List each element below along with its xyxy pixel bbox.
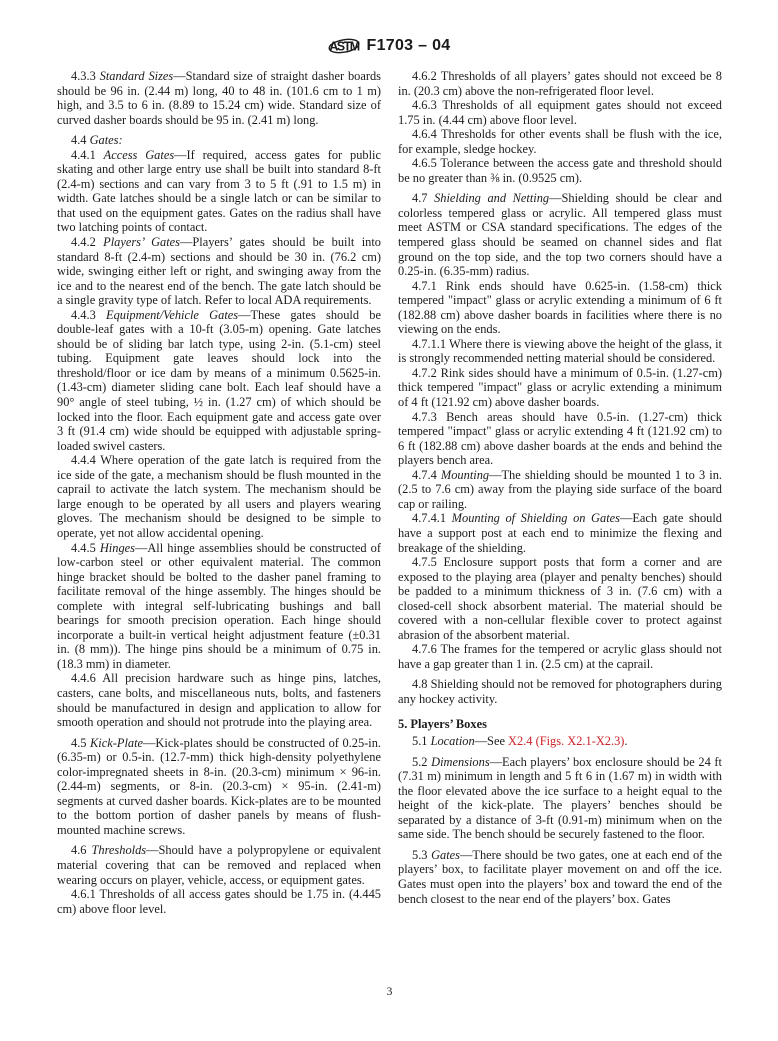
text-segment: —All hinge assemblies should be construc… bbox=[57, 541, 381, 671]
text-segment: 4.7.4 bbox=[412, 468, 441, 482]
text-segment: Hinges bbox=[100, 541, 135, 555]
paragraph-4.6.2: 4.6.2 Thresholds of all players’ gates s… bbox=[398, 69, 722, 98]
paragraph-4.3.3: 4.3.3 Standard Sizes—Standard size of st… bbox=[57, 69, 381, 127]
text-segment: 4.5 bbox=[71, 736, 90, 750]
paragraph-4.4.1: 4.4.1 Access Gates—If required, access g… bbox=[57, 148, 381, 235]
right-column: 4.6.2 Thresholds of all players’ gates s… bbox=[398, 69, 722, 916]
paragraph-4.7.4.1: 4.7.4.1 Mounting of Shielding on Gates—E… bbox=[398, 511, 722, 555]
paragraph-4.7.6: 4.7.6 The frames for the tempered or acr… bbox=[398, 642, 722, 671]
cross-reference-link[interactable]: (Figs. X2.1-X2.3) bbox=[536, 734, 625, 748]
left-column: 4.3.3 Standard Sizes—Standard size of st… bbox=[57, 69, 381, 916]
text-segment: 4.7.4.1 bbox=[412, 511, 452, 525]
text-segment: 4.4.3 bbox=[71, 308, 106, 322]
svg-text:ASTM: ASTM bbox=[329, 40, 360, 54]
paragraph-4.7.2: 4.7.2 Rink sides should have a minimum o… bbox=[398, 366, 722, 410]
paragraph-4.4.4: 4.4.4 Where operation of the gate latch … bbox=[57, 453, 381, 540]
astm-logo-icon: ASTM bbox=[328, 34, 360, 58]
text-segment: Dimensions bbox=[431, 755, 490, 769]
text-segment: 4.4.4 Where operation of the gate latch … bbox=[57, 453, 381, 540]
paragraph-4.7.5: 4.7.5 Enclosure support posts that form … bbox=[398, 555, 722, 642]
text-segment: Equipment/Vehicle Gates bbox=[106, 308, 238, 322]
text-segment: 4.7.1 Rink ends should have 0.625-in. (1… bbox=[398, 279, 722, 337]
text-segment: Mounting bbox=[441, 468, 489, 482]
text-segment: 4.4.5 bbox=[71, 541, 100, 555]
paragraph-4.4: 4.4 Gates: bbox=[57, 133, 381, 148]
paragraph-4.6.3: 4.6.3 Thresholds of all equipment gates … bbox=[398, 98, 722, 127]
paragraph-4.7.3: 4.7.3 Bench areas should have 0.5-in. (1… bbox=[398, 410, 722, 468]
paragraph-4.4.6: 4.4.6 All precision hardware such as hin… bbox=[57, 671, 381, 729]
paragraph-4.7: 4.7 Shielding and Netting—Shielding shou… bbox=[398, 191, 722, 278]
paragraph-4.8: 4.8 Shielding should not be removed for … bbox=[398, 677, 722, 706]
paragraph-4.7.4: 4.7.4 Mounting—The shielding should be m… bbox=[398, 468, 722, 512]
text-segment: Kick-Plate bbox=[90, 736, 143, 750]
text-segment: 4.7.6 The frames for the tempered or acr… bbox=[398, 642, 722, 671]
page-body: 4.3.3 Standard Sizes—Standard size of st… bbox=[57, 69, 722, 916]
text-segment: 5. Players’ Boxes bbox=[398, 717, 487, 731]
cross-reference-link[interactable]: X2.4 bbox=[508, 734, 532, 748]
paragraph-4.4.3: 4.4.3 Equipment/Vehicle Gates—These gate… bbox=[57, 308, 381, 453]
paragraph-5.3: 5.3 Gates—There should be two gates, one… bbox=[398, 848, 722, 906]
text-segment: 4.4.1 bbox=[71, 148, 104, 162]
text-segment: Thresholds bbox=[91, 843, 146, 857]
text-segment: 4.4.2 bbox=[71, 235, 103, 249]
text-segment: —These gates should be double-leaf gates… bbox=[57, 308, 381, 453]
text-segment: —Kick-plates should be constructed of 0.… bbox=[57, 736, 381, 837]
paragraph-4.6: 4.6 Thresholds—Should have a polypropyle… bbox=[57, 843, 381, 887]
text-segment: 5.2 bbox=[412, 755, 431, 769]
text-segment: Mounting of Shielding on Gates bbox=[452, 511, 620, 525]
paragraph-4.6.5: 4.6.5 Tolerance between the access gate … bbox=[398, 156, 722, 185]
text-segment: Gates: bbox=[90, 133, 123, 147]
text-segment: 4.6.2 Thresholds of all players’ gates s… bbox=[398, 69, 722, 98]
text-segment: 4.7 bbox=[412, 191, 434, 205]
text-segment: 4.7.5 Enclosure support posts that form … bbox=[398, 555, 722, 642]
text-segment: 5.1 bbox=[412, 734, 431, 748]
paragraph-5.2: 5.2 Dimensions—Each players’ box enclosu… bbox=[398, 755, 722, 842]
paragraph-4.4.5: 4.4.5 Hinges—All hinge assemblies should… bbox=[57, 541, 381, 672]
paragraph-4.7.1.1: 4.7.1.1 Where there is viewing above the… bbox=[398, 337, 722, 366]
text-segment: 4.6.1 Thresholds of all access gates sho… bbox=[57, 887, 381, 916]
text-segment: 4.4.6 All precision hardware such as hin… bbox=[57, 671, 381, 729]
text-segment: 4.6.5 Tolerance between the access gate … bbox=[398, 156, 722, 185]
text-segment: 4.4 bbox=[71, 133, 90, 147]
text-segment: Access Gates bbox=[104, 148, 174, 162]
text-segment: 4.6.3 Thresholds of all equipment gates … bbox=[398, 98, 722, 127]
paragraph-4.4.2: 4.4.2 Players’ Gates—Players’ gates shou… bbox=[57, 235, 381, 308]
paragraph-4.5: 4.5 Kick-Plate—Kick-plates should be con… bbox=[57, 736, 381, 838]
text-segment: 4.8 Shielding should not be removed for … bbox=[398, 677, 722, 706]
text-segment: 4.6 bbox=[71, 843, 91, 857]
text-segment: 4.6.4 Thresholds for other events shall … bbox=[398, 127, 722, 156]
paragraph-5.1: 5.1 Location—See X2.4 (Figs. X2.1-X2.3). bbox=[398, 734, 722, 749]
text-segment: Gates bbox=[431, 848, 460, 862]
text-segment: . bbox=[624, 734, 627, 748]
text-segment: 4.7.2 Rink sides should have a minimum o… bbox=[398, 366, 722, 409]
page-header: ASTM F1703 – 04 bbox=[0, 34, 778, 58]
text-segment: Players’ Gates bbox=[103, 235, 180, 249]
paragraph-4.7.1: 4.7.1 Rink ends should have 0.625-in. (1… bbox=[398, 279, 722, 337]
text-segment: Shielding and Netting bbox=[434, 191, 549, 205]
text-segment: 4.3.3 bbox=[71, 69, 100, 83]
text-segment: Location bbox=[431, 734, 475, 748]
paragraph-4.6.1: 4.6.1 Thresholds of all access gates sho… bbox=[57, 887, 381, 916]
text-segment: —See bbox=[475, 734, 508, 748]
text-segment: Standard Sizes bbox=[100, 69, 174, 83]
paragraph-section-5: 5. Players’ Boxes bbox=[398, 717, 722, 732]
text-segment: 5.3 bbox=[412, 848, 431, 862]
text-segment: 4.7.1.1 Where there is viewing above the… bbox=[398, 337, 722, 366]
standard-code: F1703 – 04 bbox=[367, 37, 451, 55]
text-segment: 4.7.3 Bench areas should have 0.5-in. (1… bbox=[398, 410, 722, 468]
page-number: 3 bbox=[57, 986, 722, 998]
paragraph-4.6.4: 4.6.4 Thresholds for other events shall … bbox=[398, 127, 722, 156]
